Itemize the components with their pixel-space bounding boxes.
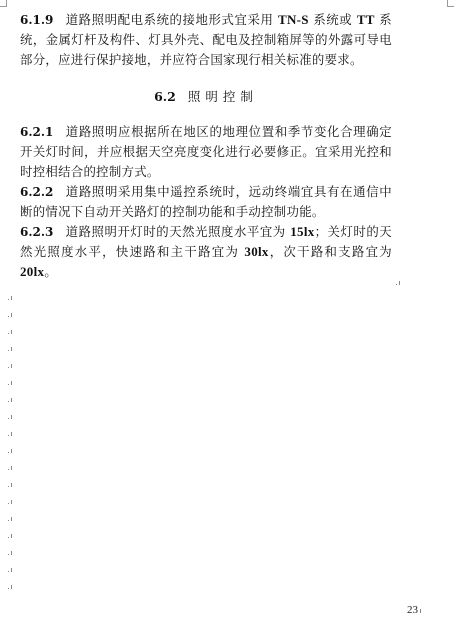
paragraph-mark-icon bbox=[8, 585, 14, 591]
clause-text: 。 bbox=[44, 264, 57, 279]
section-number: 6.2 bbox=[154, 89, 176, 104]
section-title: 照明控制 bbox=[188, 89, 258, 104]
clause-text: 道路照明应根据所在地区的地理位置和季节变化合理确定开关灯时间，并应根据天空亮度变… bbox=[20, 124, 392, 179]
paragraph-mark-icon bbox=[8, 415, 14, 421]
clause-number: 6.1.9 bbox=[20, 13, 53, 27]
clause-6-1-9: 6.1.9道路照明配电系统的接地形式宜采用 TN-S 系统或 TT 系统，金属灯… bbox=[20, 10, 392, 70]
paragraph-mark-icon bbox=[8, 296, 14, 302]
clause-text: 系统或 bbox=[309, 12, 357, 27]
clause-value: 20lx bbox=[20, 264, 44, 279]
paragraph-mark-icon bbox=[8, 517, 14, 523]
paragraph-mark-icon bbox=[8, 483, 14, 489]
paragraph-mark-icon bbox=[8, 432, 14, 438]
page-number: 23 bbox=[407, 604, 421, 616]
page-number-text: 23 bbox=[407, 604, 418, 616]
paragraph-mark-icon bbox=[8, 381, 14, 387]
clause-text: ，次干路和支路宜为 bbox=[269, 244, 392, 259]
document-page: 6.1.9道路照明配电系统的接地形式宜采用 TN-S 系统或 TT 系统，金属灯… bbox=[0, 0, 454, 622]
clause-text: 道路照明采用集中遥控系统时，远动终端宜具有在通信中断的情况下自动开关路灯的控制功… bbox=[20, 184, 392, 219]
clause-number: 6.2.3 bbox=[20, 225, 53, 239]
clause-6-2-1: 6.2.1道路照明应根据所在地区的地理位置和季节变化合理确定开关灯时间，并应根据… bbox=[20, 122, 392, 182]
clause-number: 6.2.1 bbox=[20, 125, 53, 139]
paragraph-mark-icon bbox=[8, 534, 14, 540]
paragraph-mark-icon bbox=[8, 364, 14, 370]
clause-6-2-3: 6.2.3道路照明开灯时的天然光照度水平宜为 15lx；关灯时的天然光照度水平，… bbox=[20, 222, 392, 282]
paragraph-mark-icon bbox=[8, 398, 14, 404]
clause-text: 道路照明开灯时的天然光照度水平宜为 bbox=[65, 224, 290, 239]
paragraph-mark-icon bbox=[8, 449, 14, 455]
paragraph-mark-icon bbox=[8, 466, 14, 472]
clause-number: 6.2.2 bbox=[20, 185, 53, 199]
paragraph-mark-icon bbox=[8, 347, 14, 353]
clause-6-2-2: 6.2.2道路照明采用集中遥控系统时，远动终端宜具有在通信中断的情况下自动开关路… bbox=[20, 182, 392, 222]
clause-text: 道路照明配电系统的接地形式宜采用 bbox=[65, 12, 278, 27]
clause-value: 15lx bbox=[290, 224, 314, 239]
page-content: 6.1.9道路照明配电系统的接地形式宜采用 TN-S 系统或 TT 系统，金属灯… bbox=[20, 10, 392, 282]
crop-mark-top-left bbox=[0, 0, 7, 7]
clause-term: TN-S bbox=[278, 12, 309, 27]
crop-mark-top-right bbox=[447, 0, 454, 7]
paragraph-end-marker bbox=[396, 281, 402, 287]
paragraph-mark-icon bbox=[8, 551, 14, 557]
paragraph-mark-icon bbox=[8, 313, 14, 319]
paragraph-mark-icon bbox=[8, 330, 14, 336]
paragraph-mark-icon bbox=[8, 568, 14, 574]
clause-term: TT bbox=[357, 12, 375, 27]
paragraph-mark-icon bbox=[8, 500, 14, 506]
paragraph-mark-icon bbox=[420, 609, 421, 613]
clause-value: 30lx bbox=[244, 244, 268, 259]
section-heading: 6.2照明控制 bbox=[20, 87, 392, 107]
